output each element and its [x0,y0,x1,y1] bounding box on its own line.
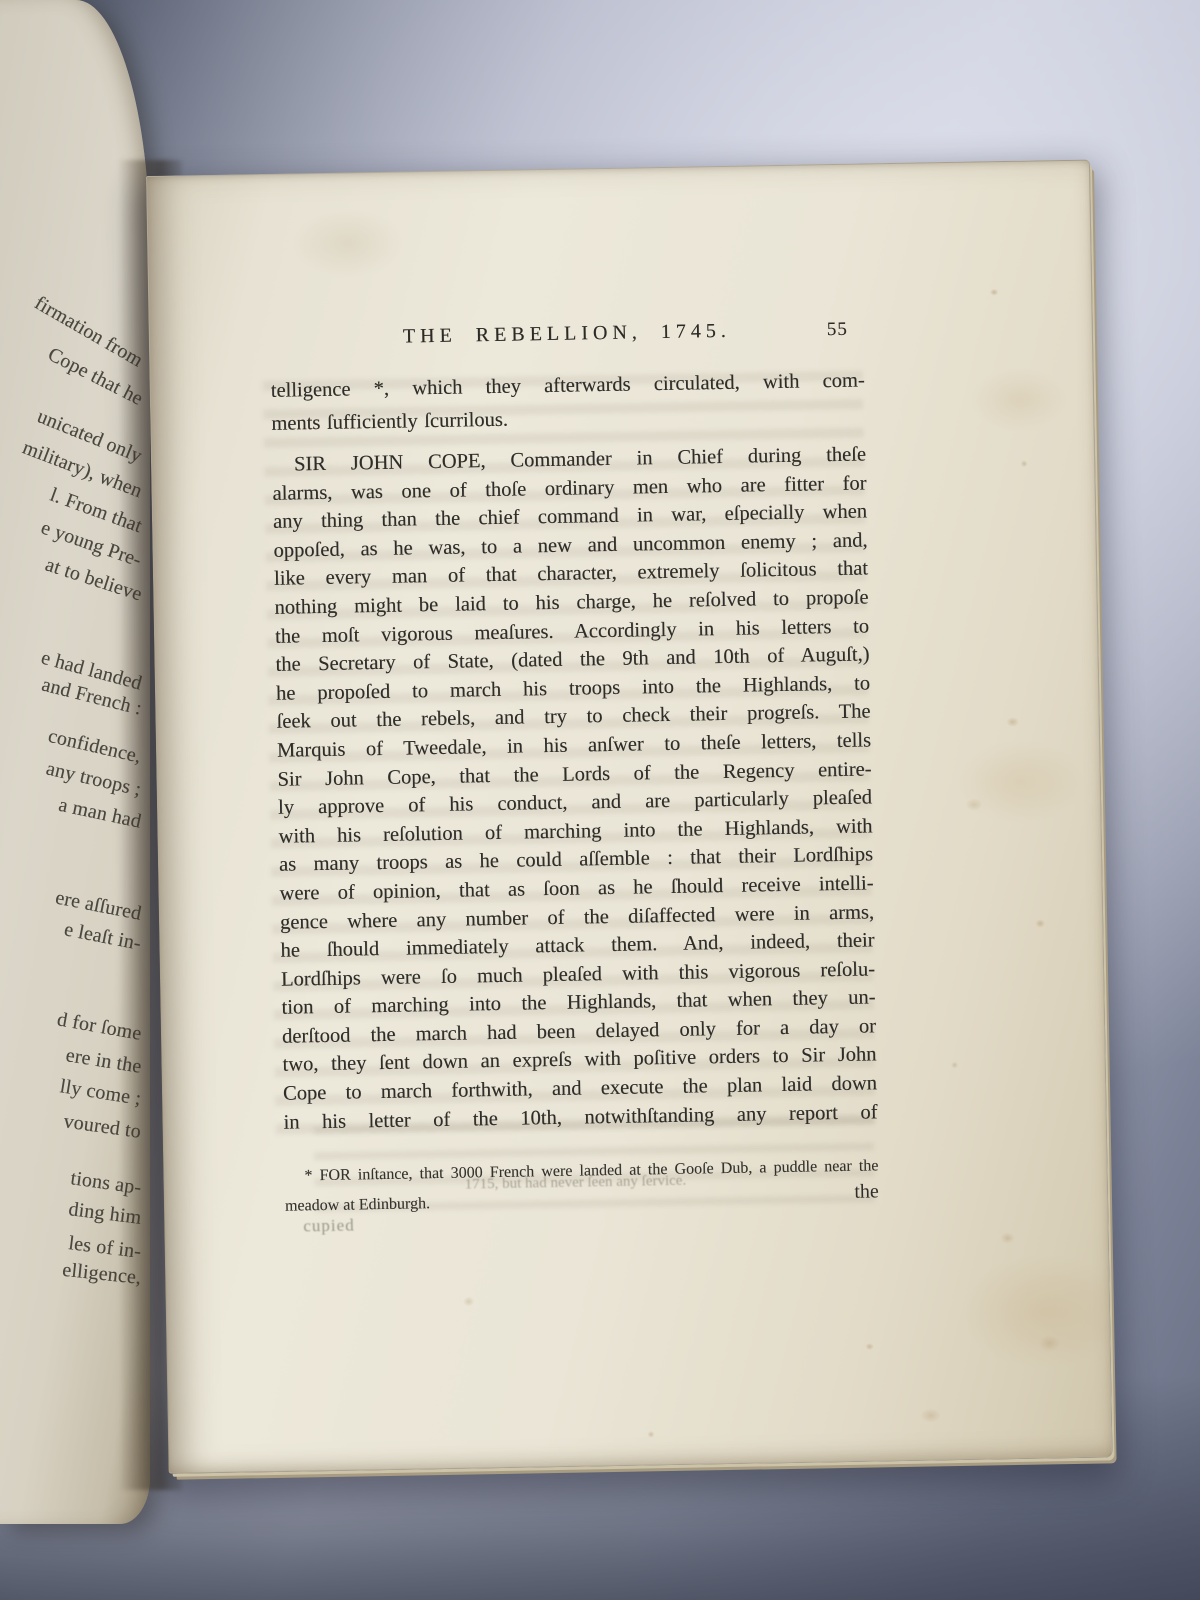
running-head: THE REBELLION, 1745. 55 [270,317,864,350]
book-photo-backdrop: firmation fromCope that heunicated onlym… [0,0,1200,1600]
running-head-title: THE REBELLION, 1745. [403,320,731,348]
paragraph-2: SIR JOHN COPE, Commander in Chief during… [272,440,878,1137]
right-page: THE REBELLION, 1745. 55 telligence *, wh… [146,160,1113,1474]
page-number: 55 [827,319,848,341]
paragraph-1: telligence *, which they afterwards circ… [270,364,865,440]
show-through-word: cupied [303,1216,355,1237]
